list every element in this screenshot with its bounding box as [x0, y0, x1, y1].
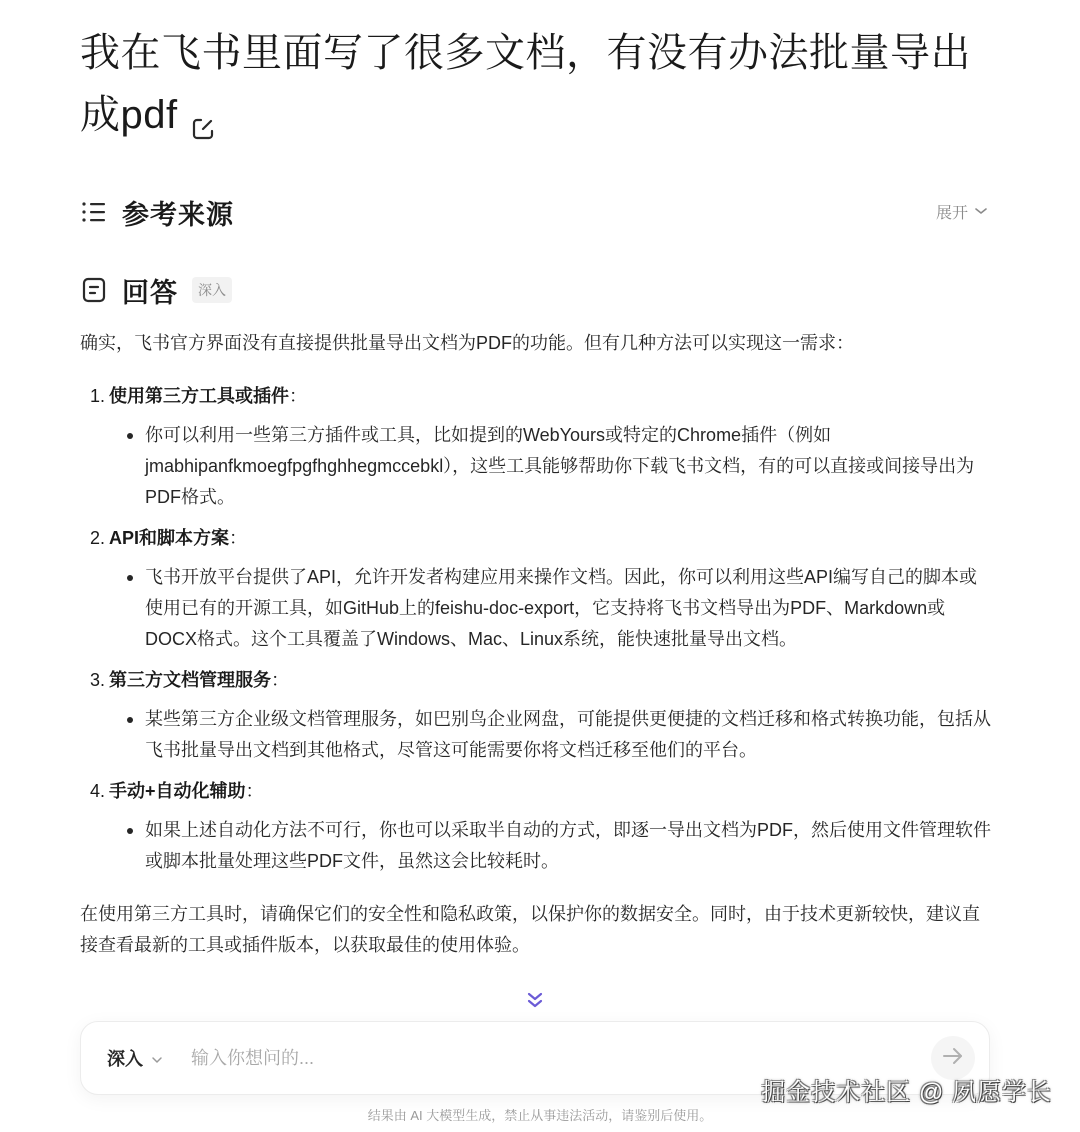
ai-disclaimer: 结果由 AI 大模型生成，禁止从事违法活动，请鉴别后使用。	[0, 1105, 1080, 1124]
item-title: 手动+自动化辅助	[109, 781, 246, 801]
item-number: 1.	[90, 386, 105, 406]
list-item: 3.第三方文档管理服务： 某些第三方企业级文档管理服务，如巴别鸟企业网盘，可能提…	[80, 665, 992, 766]
item-title: 使用第三方工具或插件	[109, 386, 289, 406]
chevron-down-icon	[974, 203, 988, 221]
depth-badge: 深入	[192, 277, 232, 303]
item-title: API和脚本方案	[109, 528, 229, 548]
scroll-down-button[interactable]	[524, 990, 546, 1012]
bullet-item: 如果上述自动化方法不可行，你也可以采取半自动的方式，即逐一导出文档为PDF，然后…	[145, 815, 992, 877]
query-input[interactable]	[189, 1047, 931, 1070]
list-item: 2.API和脚本方案： 飞书开放平台提供了API，允许开发者构建应用来操作文档。…	[80, 523, 992, 655]
bullet-item: 某些第三方企业级文档管理服务，如巴别鸟企业网盘，可能提供更便捷的文档迁移和格式转…	[145, 704, 992, 766]
answer-outro: 在使用第三方工具时，请确保它们的安全性和隐私政策，以保护你的数据安全。同时，由于…	[80, 899, 992, 961]
mode-select[interactable]: 深入	[107, 1045, 163, 1071]
expand-label: 展开	[936, 200, 968, 223]
list-item: 1.使用第三方工具或插件： 你可以利用一些第三方插件或工具，比如提到的WebYo…	[80, 381, 992, 513]
bullet-item: 你可以利用一些第三方插件或工具，比如提到的WebYours或特定的Chrome插…	[145, 420, 992, 513]
answer-body: 确实，飞书官方界面没有直接提供批量导出文档为PDF的功能。但有几种方法可以实现这…	[80, 328, 992, 961]
edit-icon[interactable]	[190, 98, 216, 124]
item-title: 第三方文档管理服务	[109, 670, 271, 690]
arrow-right-icon	[942, 1047, 964, 1070]
document-icon	[80, 276, 108, 304]
expand-sources-button[interactable]: 展开	[936, 200, 988, 223]
sources-title: 参考来源	[122, 193, 234, 232]
item-number: 2.	[90, 528, 105, 548]
list-icon	[80, 198, 108, 226]
sources-header: 参考来源	[80, 192, 234, 232]
list-item: 4.手动+自动化辅助： 如果上述自动化方法不可行，你也可以采取半自动的方式，即逐…	[80, 776, 992, 877]
answer-intro: 确实，飞书官方界面没有直接提供批量导出文档为PDF的功能。但有几种方法可以实现这…	[80, 328, 992, 359]
mode-label: 深入	[107, 1045, 143, 1071]
answer-title: 回答	[122, 271, 178, 310]
question-title: 我在飞书里面写了很多文档，有没有办法批量导出成pdf	[80, 22, 1000, 146]
bullet-item: 飞书开放平台提供了API，允许开发者构建应用来操作文档。因此，你可以利用这些AP…	[145, 562, 992, 655]
item-number: 4.	[90, 781, 105, 801]
watermark: 掘金技术社区 @ 夙愿学长	[761, 1072, 1052, 1107]
answer-list: 1.使用第三方工具或插件： 你可以利用一些第三方插件或工具，比如提到的WebYo…	[80, 381, 992, 877]
chevron-down-icon	[151, 1048, 163, 1069]
item-number: 3.	[90, 670, 105, 690]
double-chevron-down-icon	[524, 999, 546, 1016]
answer-header: 回答 深入	[80, 270, 232, 310]
